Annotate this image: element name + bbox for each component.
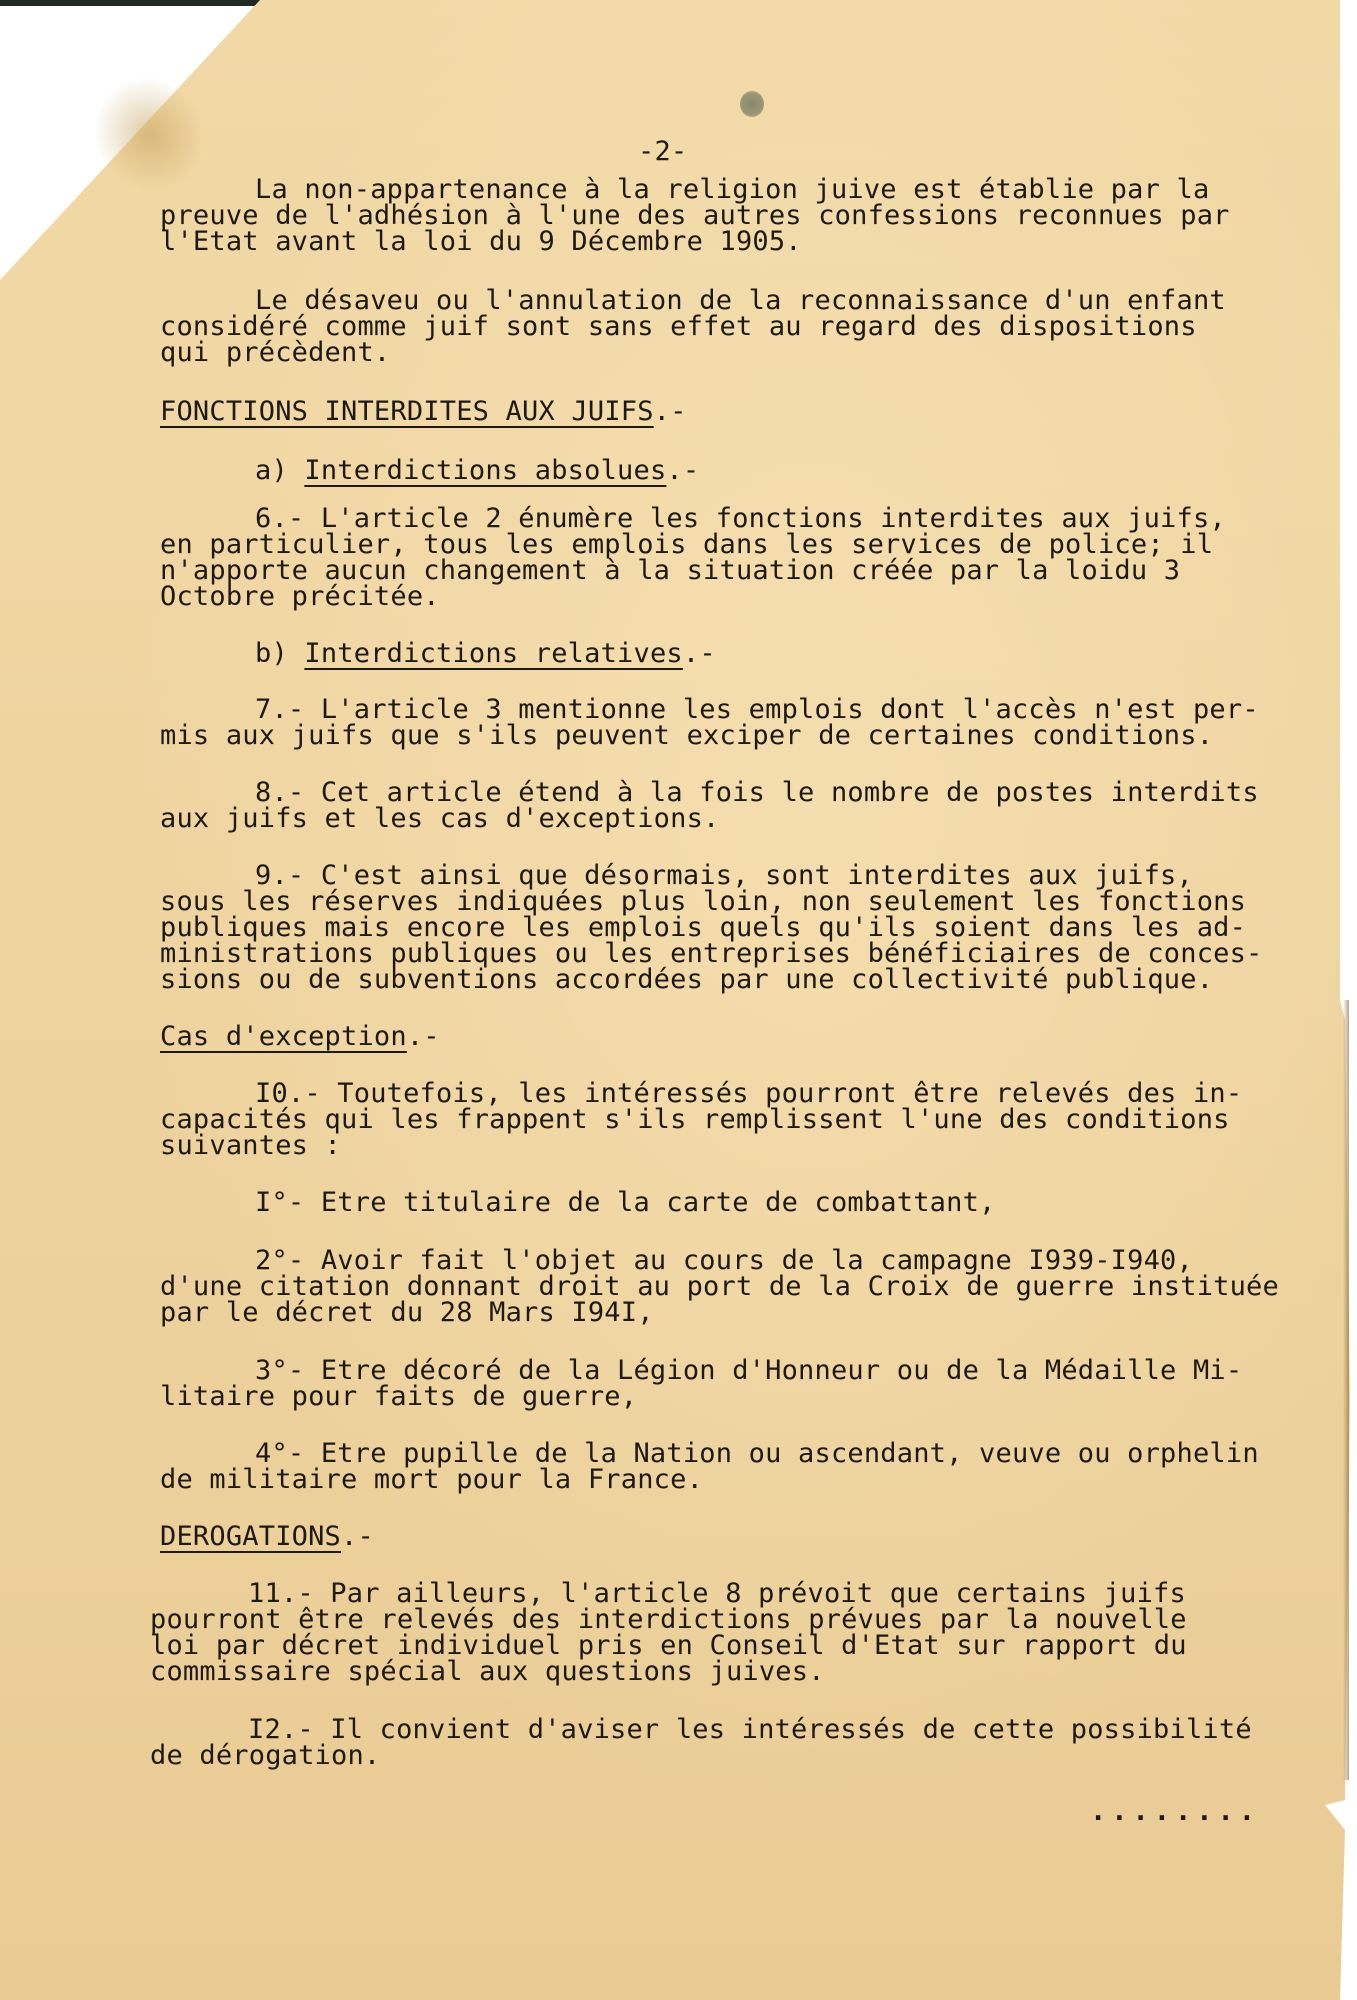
cond2-line3: par le décret du 28 Mars I94I, bbox=[160, 1299, 654, 1326]
para1-line2: preuve de l'adhésion à l'une des autres … bbox=[160, 202, 1230, 229]
item8-line2: aux juifs et les cas d'exceptions. bbox=[160, 805, 719, 832]
item11-line3: loi par décret individuel pris en Consei… bbox=[150, 1632, 1187, 1659]
para2-line3: qui précèdent. bbox=[160, 339, 390, 366]
cond2-line2: d'une citation donnant droit au port de … bbox=[160, 1273, 1279, 1300]
item12-line2: de dérogation. bbox=[150, 1742, 380, 1769]
item8-line1: 8.- Cet article étend à la fois le nombr… bbox=[255, 779, 1259, 806]
heading-exceptions: Cas d'exception.- bbox=[160, 1023, 440, 1050]
item9-line1: 9.- C'est ainsi que désormais, sont inte… bbox=[255, 862, 1193, 889]
cond3-line1: 3°- Etre décoré de la Légion d'Honneur o… bbox=[255, 1357, 1242, 1384]
subheading-a-title: Interdictions absolues bbox=[304, 455, 666, 486]
subheading-b: b) Interdictions relatives.- bbox=[255, 640, 716, 667]
item9-line5: sions ou de subventions accordées par un… bbox=[160, 966, 1213, 993]
heading-suffix: .- bbox=[654, 396, 687, 427]
heading-derogations-suffix: .- bbox=[341, 1521, 374, 1552]
subheading-a-suffix: .- bbox=[666, 455, 699, 486]
item6-line3: n'apporte aucun changement à la situatio… bbox=[160, 557, 1180, 584]
subheading-b-suffix: .- bbox=[683, 638, 716, 669]
cond1-line1: I°- Etre titulaire de la carte de combat… bbox=[255, 1189, 996, 1216]
item7-line1: 7.- L'article 3 mentionne les emplois do… bbox=[255, 696, 1259, 723]
item9-line4: ministrations publiques ou les entrepris… bbox=[160, 940, 1263, 967]
torn-edge-shadow bbox=[1343, 1000, 1349, 1780]
item11-line2: pourront être relevés des interdictions … bbox=[150, 1606, 1187, 1633]
para1-line3: l'Etat avant la loi du 9 Décembre 1905. bbox=[160, 228, 802, 255]
item6-line4: Octobre précitée. bbox=[160, 583, 440, 610]
heading-exceptions-title: Cas d'exception bbox=[160, 1021, 407, 1052]
item10-line2: capacités qui les frappent s'ils remplis… bbox=[160, 1106, 1230, 1133]
para2-line2: considéré comme juif sont sans effet au … bbox=[160, 313, 1197, 340]
item11-line1: 11.- Par ailleurs, l'article 8 prévoit q… bbox=[248, 1580, 1186, 1607]
item7-line2: mis aux juifs que s'ils peuvent exciper … bbox=[160, 722, 1213, 749]
item10-line1: I0.- Toutefois, les intéressés pourront … bbox=[255, 1080, 1242, 1107]
page-number: -2- bbox=[638, 138, 687, 165]
para2-line1: Le désaveu ou l'annulation de la reconna… bbox=[255, 287, 1226, 314]
scanned-page: -2- La non-appartenance à la religion ju… bbox=[0, 0, 1357, 2000]
heading-derogations-title: DEROGATIONS bbox=[160, 1521, 341, 1552]
item6-line2: en particulier, tous les emplois dans le… bbox=[160, 531, 1213, 558]
item10-line3: suivantes : bbox=[160, 1132, 341, 1159]
heading-derogations: DEROGATIONS.- bbox=[160, 1523, 374, 1550]
heading-fonctions-title: FONCTIONS INTERDITES AUX JUIFS bbox=[160, 396, 654, 427]
item6-line1: 6.- L'article 2 énumère les fonctions in… bbox=[255, 505, 1226, 532]
continuation-marker: ........ bbox=[1090, 1796, 1260, 1827]
heading-fonctions: FONCTIONS INTERDITES AUX JUIFS.- bbox=[160, 398, 687, 425]
item9-line2: sous les réserves indiquées plus loin, n… bbox=[160, 888, 1246, 915]
item9-line3: publiques mais encore les emplois quels … bbox=[160, 914, 1246, 941]
subheading-b-title: Interdictions relatives bbox=[304, 638, 682, 669]
item11-line4: commissaire spécial aux questions juives… bbox=[150, 1658, 825, 1685]
subheading-b-prefix: b) bbox=[255, 638, 304, 669]
cond4-line2: de militaire mort pour la France. bbox=[160, 1466, 703, 1493]
cond2-line1: 2°- Avoir fait l'objet au cours de la ca… bbox=[255, 1247, 1193, 1274]
punch-hole-icon bbox=[740, 91, 764, 117]
subheading-a-prefix: a) bbox=[255, 455, 304, 486]
cond4-line1: 4°- Etre pupille de la Nation ou ascenda… bbox=[255, 1440, 1259, 1467]
subheading-a: a) Interdictions absolues.- bbox=[255, 457, 699, 484]
heading-exceptions-suffix: .- bbox=[407, 1021, 440, 1052]
para1-line1: La non-appartenance à la religion juive … bbox=[255, 176, 1209, 203]
item12-line1: I2.- Il convient d'aviser les intéressés… bbox=[248, 1716, 1252, 1743]
cond3-line2: litaire pour faits de guerre, bbox=[160, 1383, 637, 1410]
